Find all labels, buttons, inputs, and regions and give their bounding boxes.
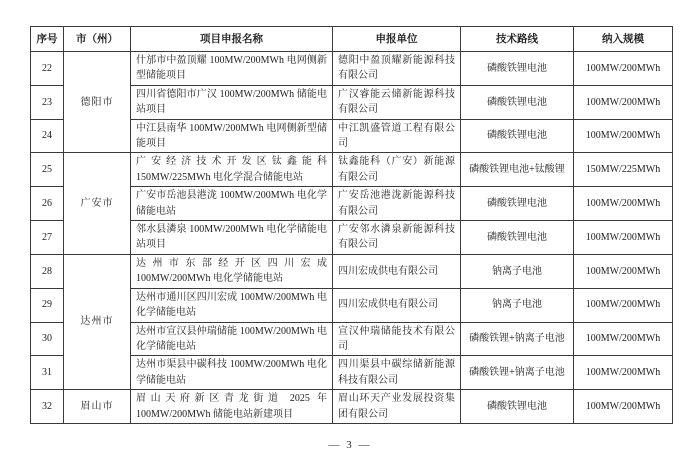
project-cell: 眉山天府新区青龙街道 2025 年 100MW/200MWh 储能电站新建项目	[131, 390, 333, 424]
unit-cell: 德阳中盈顶耀新能源科技有限公司	[333, 52, 461, 86]
scale-cell: 100MW/200MWh	[574, 390, 673, 424]
unit-cell: 宣汉仲瑞储能技术有限公司	[333, 322, 461, 356]
header-applicant: 申报单位	[333, 27, 461, 52]
serial-cell: 22	[31, 52, 64, 86]
table-row: 25 广安市 广安经济技术开发区钛鑫能科 150MW/225MWh 电化学混合储…	[31, 153, 673, 187]
unit-cell: 四川渠县中碳综储新能源科技有限公司	[333, 356, 461, 390]
scale-cell: 150MW/225MWh	[574, 153, 673, 187]
scale-cell: 100MW/200MWh	[574, 356, 673, 390]
project-cell: 什邡市中盈顶耀 100MW/200MWh 电网侧新型储能项目	[131, 52, 333, 86]
scale-cell: 100MW/200MWh	[574, 254, 673, 288]
serial-cell: 30	[31, 322, 64, 356]
project-table: 序号 市（州） 项目申报名称 申报单位 技术路线 纳入规模 22 德阳市 什邡市…	[30, 26, 673, 424]
page-number: — 3 —	[0, 439, 700, 451]
serial-cell: 24	[31, 119, 64, 153]
unit-cell: 四川宏成供电有限公司	[333, 288, 461, 322]
tech-cell: 磷酸铁锂电池	[461, 119, 574, 153]
header-serial: 序号	[31, 27, 64, 52]
unit-cell: 广安岳池港泷新能源科技有限公司	[333, 187, 461, 221]
header-project-name: 项目申报名称	[131, 27, 333, 52]
project-cell: 四川省德阳市广汉 100MW/200MWh 储能电站项目	[131, 85, 333, 119]
scale-cell: 100MW/200MWh	[574, 288, 673, 322]
serial-cell: 28	[31, 254, 64, 288]
project-cell: 广安市岳池县港泷 100MW/200MWh 电化学储能电站	[131, 187, 333, 221]
tech-cell: 钠离子电池	[461, 254, 574, 288]
scale-cell: 100MW/200MWh	[574, 221, 673, 255]
tech-cell: 磷酸铁锂+钠离子电池	[461, 322, 574, 356]
scale-cell: 100MW/200MWh	[574, 85, 673, 119]
tech-cell: 磷酸铁锂+钠离子电池	[461, 356, 574, 390]
project-cell: 达州市渠县中碳科技 100MW/200MWh 电化学储能电站	[131, 356, 333, 390]
serial-cell: 27	[31, 221, 64, 255]
tech-cell: 磷酸铁锂电池	[461, 221, 574, 255]
serial-cell: 25	[31, 153, 64, 187]
table-row: 22 德阳市 什邡市中盈顶耀 100MW/200MWh 电网侧新型储能项目 德阳…	[31, 52, 673, 86]
project-cell: 广安经济技术开发区钛鑫能科 150MW/225MWh 电化学混合储能电站	[131, 153, 333, 187]
scale-cell: 100MW/200MWh	[574, 52, 673, 86]
unit-cell: 广汉睿能云储新能源科技有限公司	[333, 85, 461, 119]
unit-cell: 中江凯盛管道工程有限公司	[333, 119, 461, 153]
city-cell-deyang: 德阳市	[64, 52, 131, 153]
city-cell-guangan: 广安市	[64, 153, 131, 254]
project-cell: 中江县南华 100MW/200MWh 电网侧新型储能项目	[131, 119, 333, 153]
serial-cell: 29	[31, 288, 64, 322]
table-row: 32 眉山市 眉山天府新区青龙街道 2025 年 100MW/200MWh 储能…	[31, 390, 673, 424]
city-cell-meishan: 眉山市	[64, 390, 131, 424]
project-cell: 达州市通川区四川宏成 100MW/200MWh 电化学储能电站	[131, 288, 333, 322]
serial-cell: 31	[31, 356, 64, 390]
tech-cell: 磷酸铁锂电池+钛酸锂	[461, 153, 574, 187]
tech-cell: 磷酸铁锂电池	[461, 85, 574, 119]
project-cell: 达州市东部经开区四川宏成 100MW/200MWh 电化学储能电站	[131, 254, 333, 288]
serial-cell: 26	[31, 187, 64, 221]
header-scale: 纳入规模	[574, 27, 673, 52]
serial-cell: 32	[31, 390, 64, 424]
unit-cell: 四川宏成供电有限公司	[333, 254, 461, 288]
scale-cell: 100MW/200MWh	[574, 322, 673, 356]
tech-cell: 钠离子电池	[461, 288, 574, 322]
serial-cell: 23	[31, 85, 64, 119]
unit-cell: 眉山环天产业发展投资集团有限公司	[333, 390, 461, 424]
scale-cell: 100MW/200MWh	[574, 119, 673, 153]
city-cell-dazhou: 达州市	[64, 254, 131, 389]
scale-cell: 100MW/200MWh	[574, 187, 673, 221]
table-header-row: 序号 市（州） 项目申报名称 申报单位 技术路线 纳入规模	[31, 27, 673, 52]
table-row: 28 达州市 达州市东部经开区四川宏成 100MW/200MWh 电化学储能电站…	[31, 254, 673, 288]
tech-cell: 磷酸铁锂电池	[461, 390, 574, 424]
unit-cell: 钛鑫能科（广安）新能源有限公司	[333, 153, 461, 187]
header-city: 市（州）	[64, 27, 131, 52]
tech-cell: 磷酸铁锂电池	[461, 52, 574, 86]
header-tech-route: 技术路线	[461, 27, 574, 52]
project-cell: 邻水县潾泉 100MW/200MWh 电化学储能电站项目	[131, 221, 333, 255]
unit-cell: 广安邻水潾泉新能源科技有限公司	[333, 221, 461, 255]
tech-cell: 磷酸铁锂电池	[461, 187, 574, 221]
project-cell: 达州市宣汉县仲瑞储能 100MW/200MWh 电化学储能电站	[131, 322, 333, 356]
